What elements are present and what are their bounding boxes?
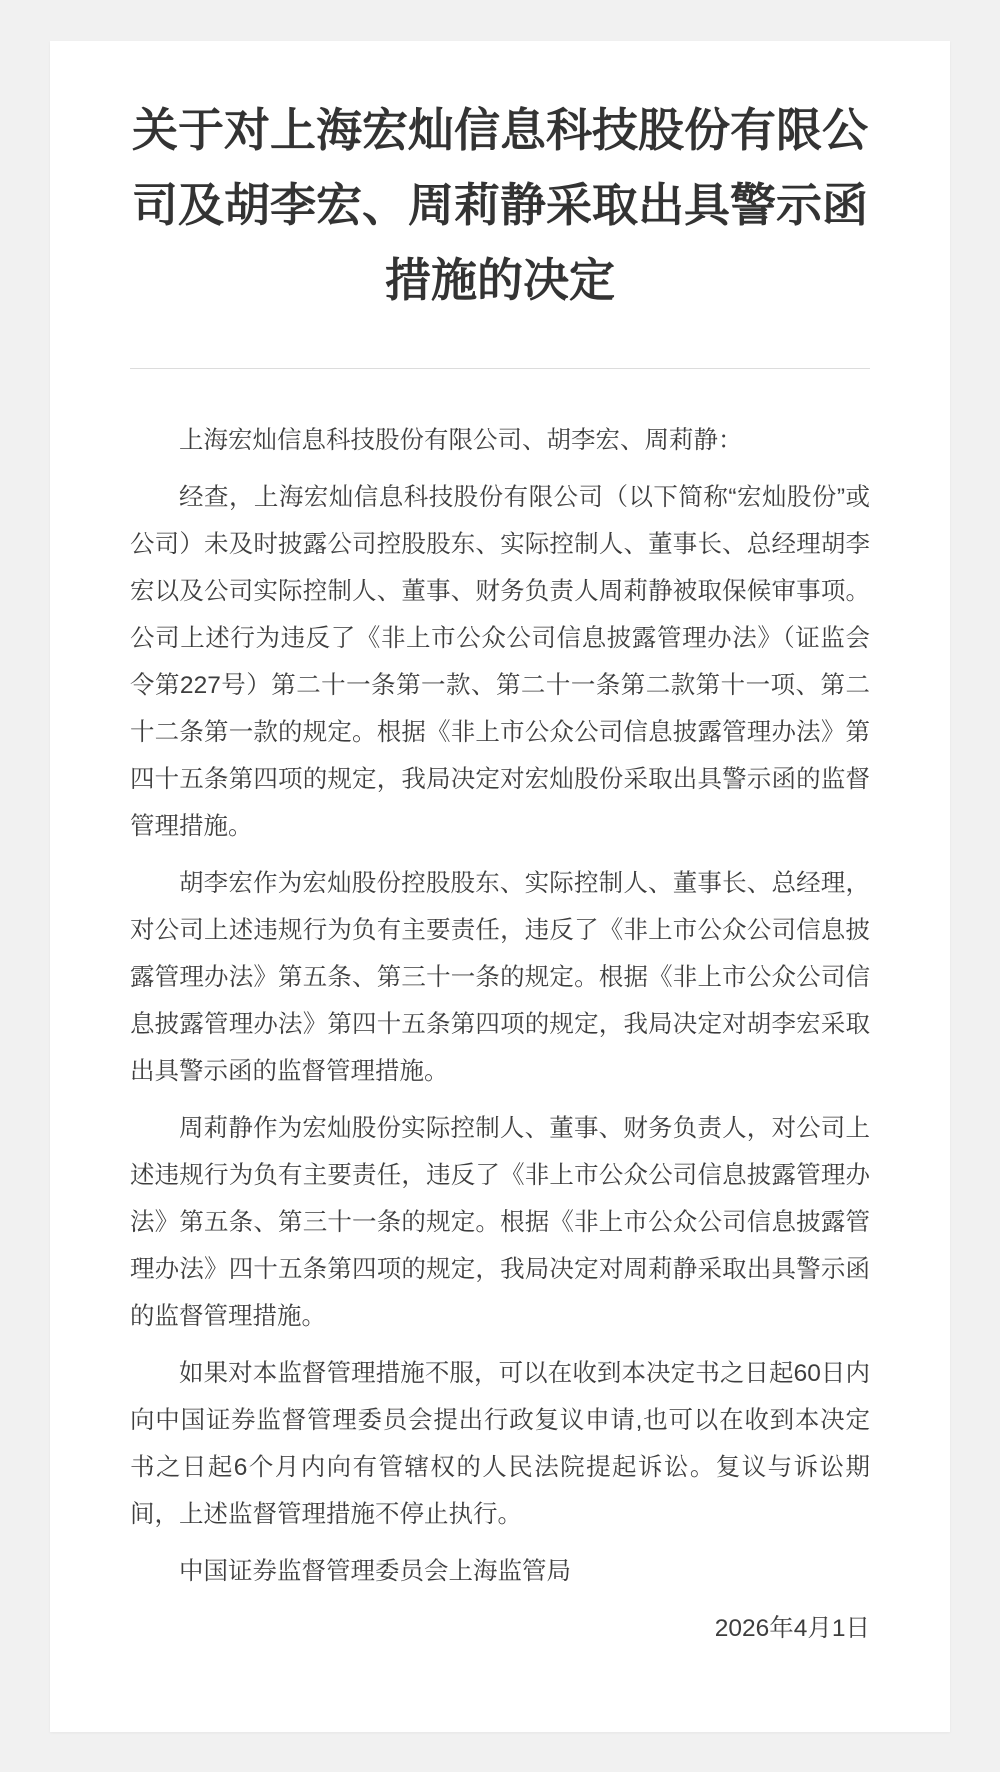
paragraph-appeal-rights: 如果对本监督管理措施不服，可以在收到本决定书之日起60日内向中国证券监督管理委员…: [130, 1350, 870, 1538]
document-date: 2026年4月1日: [130, 1605, 870, 1652]
title-divider: [130, 368, 870, 369]
document-title: 关于对上海宏灿信息科技股份有限公司及胡李宏、周莉静采取出具警示函措施的决定: [130, 93, 870, 318]
document-card: 关于对上海宏灿信息科技股份有限公司及胡李宏、周莉静采取出具警示函措施的决定 上海…: [50, 41, 950, 1732]
page-background: 关于对上海宏灿信息科技股份有限公司及胡李宏、周莉静采取出具警示函措施的决定 上海…: [0, 0, 1000, 1772]
paragraph-findings: 经查，上海宏灿信息科技股份有限公司（以下简称“宏灿股份”或公司）未及时披露公司控…: [130, 474, 870, 850]
document-body: 上海宏灿信息科技股份有限公司、胡李宏、周莉静： 经查，上海宏灿信息科技股份有限公…: [130, 417, 870, 1652]
paragraph-hu-lihong: 胡李宏作为宏灿股份控股股东、实际控制人、董事长、总经理，对公司上述违规行为负有主…: [130, 860, 870, 1095]
signature-line: 中国证券监督管理委员会上海监管局: [130, 1548, 870, 1595]
salutation-line: 上海宏灿信息科技股份有限公司、胡李宏、周莉静：: [130, 417, 870, 464]
paragraph-zhou-lijing: 周莉静作为宏灿股份实际控制人、董事、财务负责人，对公司上述违规行为负有主要责任，…: [130, 1105, 870, 1340]
